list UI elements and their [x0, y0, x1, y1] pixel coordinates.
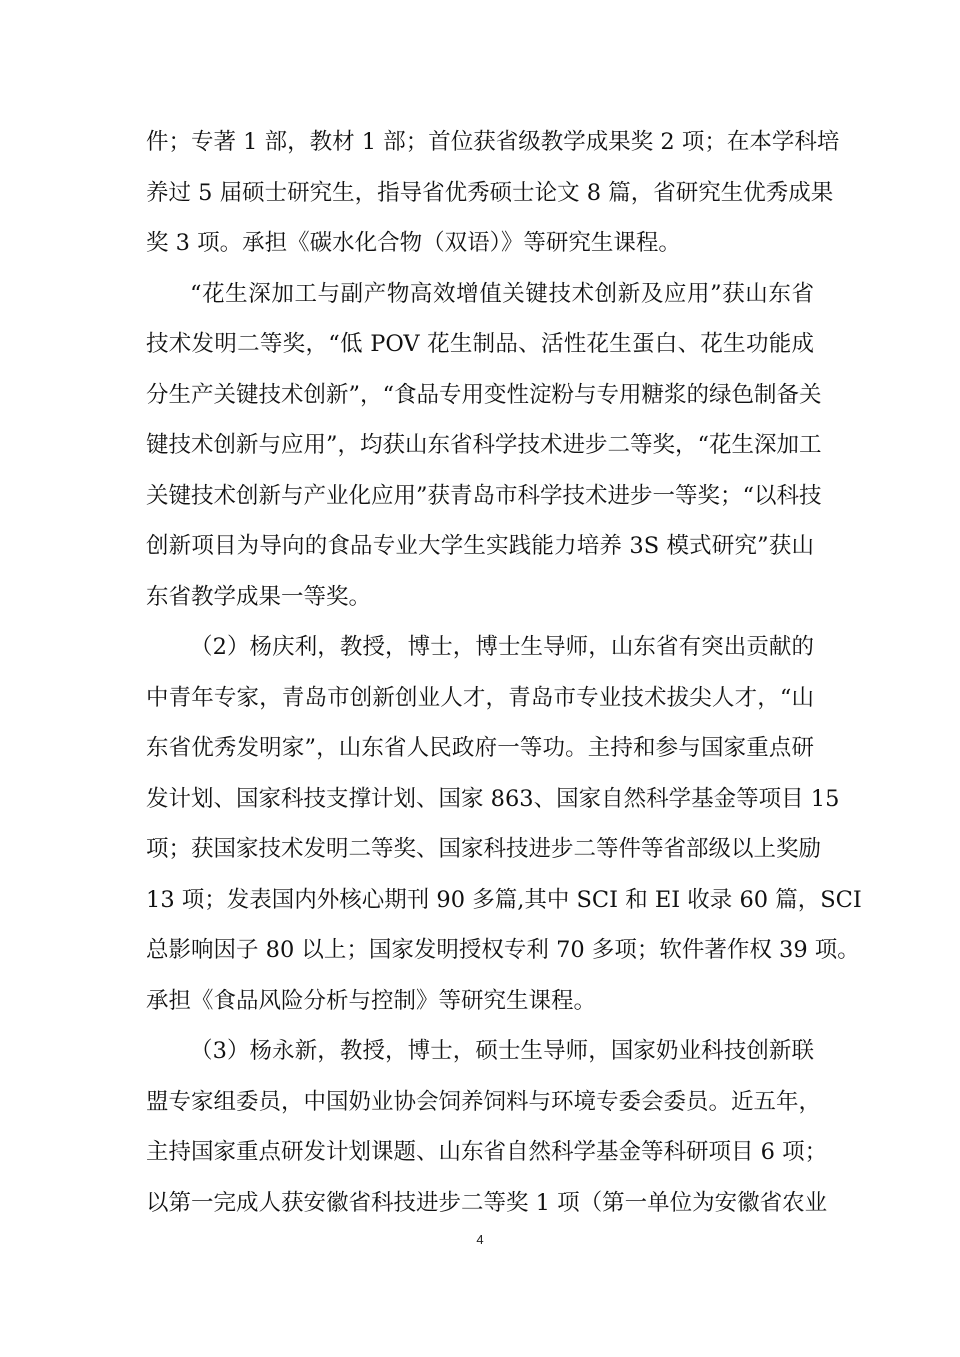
text-line: 东省优秀发明家”，山东省人民政府一等功。主持和参与国家重点研: [146, 730, 814, 781]
text-line: 创新项目为导向的食品专业大学生实践能力培养 3S 模式研究”获山: [146, 528, 814, 579]
paragraph-yang-qingli: （2）杨庆利，教授，博士，博士生导师，山东省有突出贡献的 中青年专家，青岛市创新…: [146, 629, 814, 1033]
text-line: 盟专家组委员，中国奶业协会饲养饲料与环境专委会委员。近五年，: [146, 1084, 814, 1135]
text-line: 中青年专家，青岛市创新创业人才，青岛市专业技术拔尖人才，“山: [146, 680, 814, 731]
text-line: 总影响因子 80 以上；国家发明授权专利 70 多项；软件著作权 39 项。: [146, 932, 814, 983]
text-line: 关键技术创新与产业化应用”获青岛市科学技术进步一等奖；“以科技: [146, 478, 814, 529]
text-line: 奖 3 项。承担《碳水化合物（双语）》等研究生课程。: [146, 225, 814, 276]
text-line: 键技术创新与应用”，均获山东省科学技术进步二等奖，“花生深加工: [146, 427, 814, 478]
text-line: “花生深加工与副产物高效增值关键技术创新及应用”获山东省: [146, 276, 814, 327]
text-line: 分生产关键技术创新”，“食品专用变性淀粉与专用糖浆的绿色制备关: [146, 377, 814, 428]
text-line: 承担《食品风险分析与控制》等研究生课程。: [146, 983, 814, 1034]
text-line: 项；获国家技术发明二等奖、国家科技进步二等件等省部级以上奖励: [146, 831, 814, 882]
paragraph-publications-continued: 件；专著 1 部，教材 1 部；首位获省级教学成果奖 2 项；在本学科培 养过 …: [146, 124, 814, 276]
text-line: 以第一完成人获安徽省科技进步二等奖 1 项（第一单位为安徽省农业: [146, 1185, 814, 1236]
paragraph-yang-yongxin: （3）杨永新，教授，博士，硕士生导师，国家奶业科技创新联 盟专家组委员，中国奶业…: [146, 1033, 814, 1235]
text-line: 东省教学成果一等奖。: [146, 579, 814, 630]
document-page: 件；专著 1 部，教材 1 部；首位获省级教学成果奖 2 项；在本学科培 养过 …: [0, 0, 960, 1357]
text-line: 件；专著 1 部，教材 1 部；首位获省级教学成果奖 2 项；在本学科培: [146, 124, 814, 175]
text-line: 13 项；发表国内外核心期刊 90 多篇,其中 SCI 和 EI 收录 60 篇…: [146, 882, 814, 933]
text-line: 主持国家重点研发计划课题、山东省自然科学基金等科研项目 6 项；: [146, 1134, 814, 1185]
text-line: （2）杨庆利，教授，博士，博士生导师，山东省有突出贡献的: [146, 629, 814, 680]
text-line: 发计划、国家科技支撑计划、国家 863、国家自然科学基金等项目 15: [146, 781, 814, 832]
text-line: 技术发明二等奖，“低 POV 花生制品、活性花生蛋白、花生功能成: [146, 326, 814, 377]
text-line: （3）杨永新，教授，博士，硕士生导师，国家奶业科技创新联: [146, 1033, 814, 1084]
paragraph-awards: “花生深加工与副产物高效增值关键技术创新及应用”获山东省 技术发明二等奖，“低 …: [146, 276, 814, 630]
text-line: 养过 5 届硕士研究生，指导省优秀硕士论文 8 篇，省研究生优秀成果: [146, 175, 814, 226]
page-number: 4: [0, 1232, 960, 1247]
document-body: 件；专著 1 部，教材 1 部；首位获省级教学成果奖 2 项；在本学科培 养过 …: [146, 124, 814, 1235]
